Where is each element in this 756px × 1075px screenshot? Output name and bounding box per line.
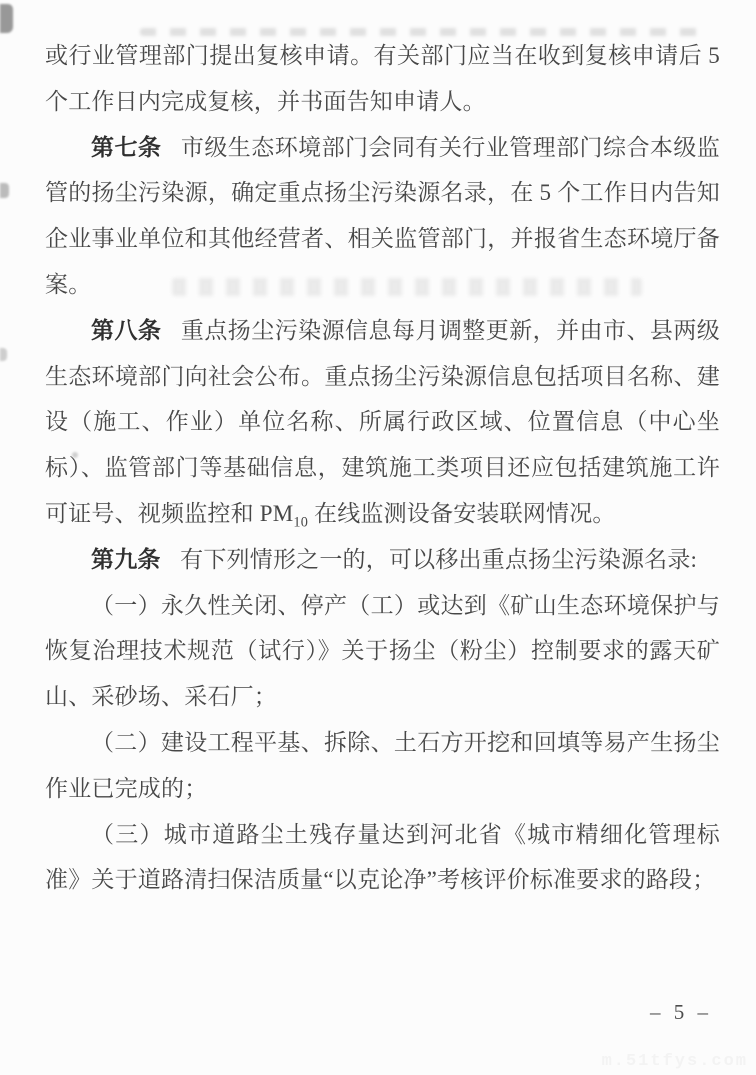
pm10-subscript: 10: [293, 515, 308, 531]
paragraph-text: （三）城市道路尘土残存量达到河北省《城市精细化管理标准》关于道路清扫保洁质量“以…: [45, 822, 720, 893]
item-3-paragraph: （三）城市道路尘土残存量达到河北省《城市精细化管理标准》关于道路清扫保洁质量“以…: [45, 812, 720, 904]
document-body: 或行业管理部门提出复核申请。有关部门应当在收到复核申请后 5 个工作日内完成复核…: [0, 0, 756, 903]
paragraph-text: 在线监测设备安装联网情况。: [308, 501, 616, 526]
paragraph-text: （一）永久性关闭、停产（工）或达到《矿山生态环境保护与恢复治理技术规范（试行）》…: [45, 593, 720, 710]
page-number: – 5 –: [650, 1000, 712, 1025]
article-8-term: 第八条: [91, 317, 161, 343]
document-page: 或行业管理部门提出复核申请。有关部门应当在收到复核申请后 5 个工作日内完成复核…: [0, 0, 756, 1075]
paragraph-text: 有下列情形之一的，可以移出重点扬尘污染源名录:: [180, 547, 697, 572]
item-1-paragraph: （一）永久性关闭、停产（工）或达到《矿山生态环境保护与恢复治理技术规范（试行）》…: [45, 583, 720, 720]
article-7-paragraph: 第七条市级生态环境部门会同有关行业管理部门综合本级监管的扬尘污染源，确定重点扬尘…: [45, 125, 720, 308]
paragraph-text: 重点扬尘污染源信息每月调整更新，并由市、县两级生态环境部门向社会公布。重点扬尘污…: [45, 318, 720, 526]
paragraph-continuation: 或行业管理部门提出复核申请。有关部门应当在收到复核申请后 5 个工作日内完成复核…: [45, 33, 720, 125]
watermark: m.51tfys.com: [602, 1052, 748, 1071]
paragraph-text: 或行业管理部门提出复核申请。有关部门应当在收到复核申请后 5 个工作日内完成复核…: [45, 43, 720, 114]
article-9-paragraph: 第九条有下列情形之一的，可以移出重点扬尘污染源名录:: [45, 537, 720, 583]
paragraph-text: （二）建设工程平基、拆除、土石方开挖和回填等易产生扬尘作业已完成的；: [45, 730, 720, 801]
item-2-paragraph: （二）建设工程平基、拆除、土石方开挖和回填等易产生扬尘作业已完成的；: [45, 720, 720, 812]
article-9-term: 第九条: [91, 546, 161, 572]
article-7-term: 第七条: [91, 134, 161, 160]
article-8-paragraph: 第八条重点扬尘污染源信息每月调整更新，并由市、县两级生态环境部门向社会公布。重点…: [45, 308, 720, 537]
